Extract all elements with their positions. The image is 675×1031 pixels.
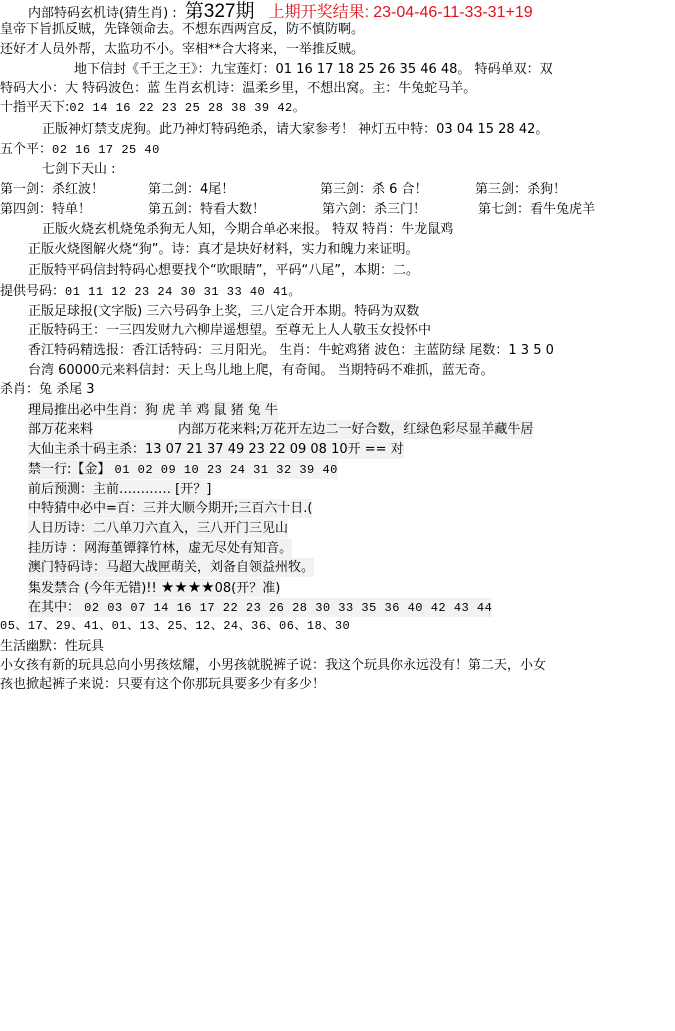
report-special-king: 正版特码王：一三四发财九六柳岸遥想望。至尊无上人人敬玉女投怀中: [28, 321, 431, 340]
number-sequence: 05、17、29、41、01、13、25、12、24、36、06、18、30: [0, 617, 350, 636]
daxian-kill: 大仙主杀十码主杀：13 07 21 37 49 23 22 09 08 10开 …: [28, 440, 404, 459]
issue-number: 第327期: [185, 1, 255, 22]
header-title: 内部特码玄机诗(猜生肖) :: [28, 6, 177, 21]
sword-3b: 第三剑：杀狗！: [475, 180, 566, 199]
fire-line-2: 正版火烧图解火烧“狗”。诗：真才是块好材料，实力和魄力来证明。: [28, 240, 418, 259]
sword-6: 第六剑：杀三门！: [322, 200, 426, 219]
report-hongkong: 香江特码精选报：香江话特码：三月阳光。 生肖：牛蛇鸡猪 波色：主蓝防绿 尾数：1…: [28, 341, 554, 360]
calendar-poem: 人日历诗：二八单刀六直入，三八开门三见山: [28, 519, 288, 538]
among-label: 在其中：: [28, 600, 80, 615]
forbid-label: 禁一行:【金】: [28, 462, 110, 477]
poem-line-2: 还好才人员外帮，太监功不小。宰相**合大将来，一举推反贼。: [0, 40, 364, 59]
poem-line-1: 皇帝下旨抓反贼，先锋领命去。不想东西两宫反，防不慎防啊。: [0, 20, 364, 39]
forbid-row: 禁一行:【金】 01 02 09 10 23 24 31 32 39 40: [28, 460, 338, 479]
five-flat-numbers: 02 16 17 25 40: [52, 143, 160, 157]
ten-fingers-label: 十指平天下:: [0, 100, 69, 115]
seven-swords-title: 七剑下天山 :: [42, 160, 116, 179]
humor-line-1: 小女孩有新的玩具总向小男孩炫耀，小男孩就脱裤子说：我这个玩具你永远没有！第二天，…: [0, 656, 546, 675]
ten-fingers: 十指平天下:02 14 16 22 23 25 28 38 39 42。: [0, 98, 305, 117]
among-numbers: 02 03 07 14 16 17 22 23 26 28 30 33 35 3…: [84, 601, 492, 615]
star-icons: ★★★★: [161, 578, 215, 596]
ten-fingers-numbers: 02 14 16 22 23 25 28 38 39 42。: [69, 101, 305, 115]
gather-tail: 08(开？准): [215, 581, 281, 596]
humor-title: 生活幽默：性玩具: [0, 637, 104, 656]
wanhua-label: 部万花来料: [28, 420, 93, 439]
sword-7: 第七剑：看牛兔虎羊: [478, 200, 595, 219]
forbid-numbers: 01 02 09 10 23 24 31 32 39 40: [115, 463, 338, 477]
fire-line-1: 正版火烧玄机烧兔杀狗无人知，今期合单必来报。 特双 特肖：牛龙鼠鸡: [42, 220, 453, 239]
zodiac-must-hit: 理局推出必中生肖：狗 虎 羊 鸡 鼠 猪 兔 牛: [28, 401, 278, 420]
sword-2: 第二剑：4尾！: [148, 180, 234, 199]
sword-5: 第五剑：特看大数！: [148, 200, 265, 219]
sword-4: 第四剑：特单！: [0, 200, 91, 219]
underground-letter: 地下信封《千王之王》：九宝莲灯：01 16 17 18 25 26 35 46 …: [74, 60, 553, 79]
gather-row: 集发禁合 (今年无错)!! ★★★★08(开？准): [28, 578, 280, 597]
provided-label: 提供号码：: [0, 284, 65, 299]
predict: 前后预测：主前………… [开？]: [28, 480, 211, 499]
sword-1: 第一剑：杀红波！: [0, 180, 104, 199]
gather-label: 集发禁合 (今年无错)!!: [28, 581, 157, 596]
hang-poem: 挂历诗 ：网海堇镡箨竹林，虚无尽处有知音。: [28, 539, 292, 558]
five-flat: 五个平：02 16 17 25 40: [0, 140, 160, 159]
last-result-label: 上期开奖结果:: [269, 4, 369, 21]
sword-3: 第三剑：杀 6 合！: [320, 180, 428, 199]
special-attributes: 特码大小：大 特码波色：蓝 生肖玄机诗：温柔乡里，不想出窝。主：牛兔蛇马羊。: [0, 79, 476, 98]
among-row: 在其中： 02 03 07 14 16 17 22 23 26 28 30 33…: [28, 598, 492, 617]
humor-line-2: 孩也掀起裤子来说：只要有这个你那玩具要多少有多少！: [0, 675, 325, 694]
provided-numbers-value: 01 11 12 23 24 30 31 33 40 41。: [65, 285, 301, 299]
provided-numbers: 提供号码：01 11 12 23 24 30 31 33 40 41。: [0, 282, 301, 301]
wanhua-text: 内部万花来料;万花开左边二一好合数，红绿色彩尽显羊藏牛居: [178, 420, 533, 439]
report-taiwan: 台湾 60000元来料信封：天上鸟儿地上爬，有奇闻。 当期特码不难抓，蓝无奇。: [28, 361, 494, 380]
header: 内部特码玄机诗(猜生肖) : 第327期 上期开奖结果: 23-04-46-11…: [28, 1, 533, 22]
last-result-numbers: 23-04-46-11-33-31+19: [373, 4, 532, 21]
kill-zodiac: 杀肖：兔 杀尾 3: [0, 380, 95, 399]
lamp-text: 正版神灯禁支虎狗。此乃神灯特码绝杀，请大家参考！ 神灯五中特：03 04 15 …: [42, 120, 548, 139]
macau-poem: 澳门特码诗：马超大战匣萌关，刘备自领益州牧。: [28, 558, 314, 577]
report-football: 正版足球报(文字版) 三六号码争上奖，三八定合开本期。特码为双数: [28, 302, 419, 321]
special-hit: 中特猜中必中=百：三并大顺今期开;三百六十日.(: [28, 499, 312, 518]
five-flat-label: 五个平：: [0, 142, 52, 157]
flat-code-letter: 正版特平码信封特码心想要找个“吹眼睛”，平码“八尾”，本期：二。: [28, 261, 419, 280]
